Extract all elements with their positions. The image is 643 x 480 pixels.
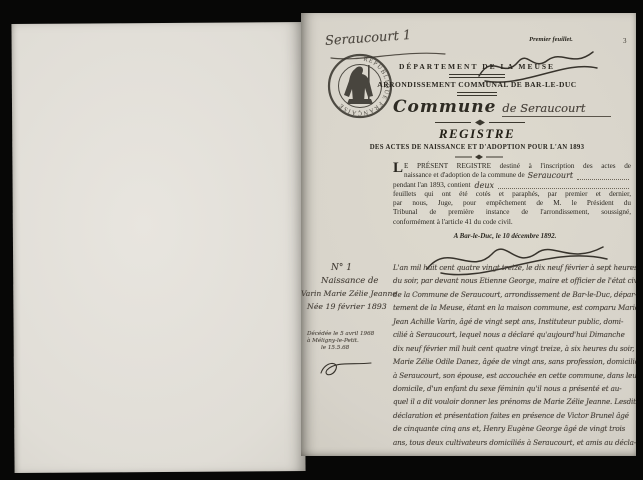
statement-line: pendant l'an 1893, contient <box>393 181 471 190</box>
commune-handwritten-name: de Seraucourt <box>502 101 585 115</box>
commune-pencil-annotation: Seraucourt 1 <box>325 28 412 49</box>
statement-line: par nous, Juge, pour empêchement de M. l… <box>393 199 631 208</box>
mention-line: le 15.5.68 <box>321 345 374 352</box>
scanned-register-spread: Seraucourt 1 Premier feuillet. 3 RÉPUBLI… <box>0 0 643 480</box>
double-rule <box>457 92 497 96</box>
dropcap: L <box>393 162 403 175</box>
act-body-line: L'an mil huit cent quatre vingt treize, … <box>393 263 634 276</box>
double-rule <box>449 74 505 78</box>
act-body-line: de cinquante cinq ans et, Henry Eugène G… <box>393 424 634 437</box>
arrondissement-heading: ARRONDISSEMENT COMMUNAL DE BAR-LE-DUC <box>347 80 607 89</box>
register-title-page: Seraucourt 1 Premier feuillet. 3 RÉPUBLI… <box>301 13 636 456</box>
officer-paraph-signature <box>315 357 375 381</box>
folio-number: 3 <box>623 37 627 45</box>
act-body-line: déclaration et présentation faites en pr… <box>393 411 634 424</box>
statement-handwritten-commune: Seraucourt <box>528 171 573 180</box>
mention-line: Décédée le 5 avril 1968 <box>307 331 374 338</box>
statement-line: naissance et d'adoption de la commune de <box>404 171 525 180</box>
act-body-line: Marie Zélie Odile Danez, âgée de vingt a… <box>393 357 634 370</box>
blank-left-page <box>11 22 305 473</box>
statement-line: feuillets qui ont été cotés et paraphés,… <box>393 190 631 199</box>
commune-line: Commune de Seraucourt <box>393 97 611 117</box>
act-body-line: cilié à Seraucourt, lequel nous a déclar… <box>393 330 634 343</box>
act-body-line: de la Commune de Seraucourt, arrondissem… <box>393 290 634 303</box>
act-number: N° 1 <box>331 263 352 273</box>
birth-act-body: L'an mil huit cent quatre vingt treize, … <box>393 263 634 451</box>
ornament-rule <box>455 153 503 161</box>
act-body-line: du soir, par devant nous Etienne George,… <box>393 276 634 289</box>
departement-heading: DÉPARTEMENT DE LA MEUSE <box>377 62 577 71</box>
mention-line: à Méligny-le-Petit. <box>307 338 374 345</box>
statement-line: E PRÉSENT REGISTRE destiné à l'inscripti… <box>404 162 631 170</box>
statement-line: Tribunal de première instance de l'arron… <box>393 208 631 217</box>
register-opening-statement: LE PRÉSENT REGISTRE destiné à l'inscript… <box>393 162 631 227</box>
act-body-line: Jean Achille Varin, âgé de vingt sept an… <box>393 317 634 330</box>
act-body-line: ans, tous deux cultivateurs domiciliés à… <box>393 438 634 451</box>
act-body-line: quel il a dit vouloir donner les prénoms… <box>393 397 634 410</box>
act-margin-name: Varin Marie Zélie Jeanne <box>301 289 397 298</box>
act-body-line: dix neuf février mil huit cent quatre vi… <box>393 344 634 357</box>
act-margin-title: Naissance de <box>321 276 378 286</box>
act-body-line: à Seraucourt, son épouse, est accouchée … <box>393 371 634 384</box>
marginal-death-mention: Décédée le 5 avril 1968 à Méligny-le-Pet… <box>307 331 374 352</box>
registre-title: REGISTRE <box>377 126 577 142</box>
registre-subtitle: DES ACTES DE NAISSANCE ET D'ADOPTION POU… <box>337 144 617 151</box>
act-margin-birthdate: Née 19 février 1893 <box>307 302 387 311</box>
statement-line: conformément à l'article 41 du code civi… <box>393 218 631 227</box>
act-body-line: domicile, d'un enfant du sexe féminin qu… <box>393 384 634 397</box>
act-body-line: tement de la Meuse, étant en la maison c… <box>393 303 634 316</box>
commune-printed-label: Commune <box>393 97 496 117</box>
statement-handwritten-count: deux <box>475 181 495 190</box>
